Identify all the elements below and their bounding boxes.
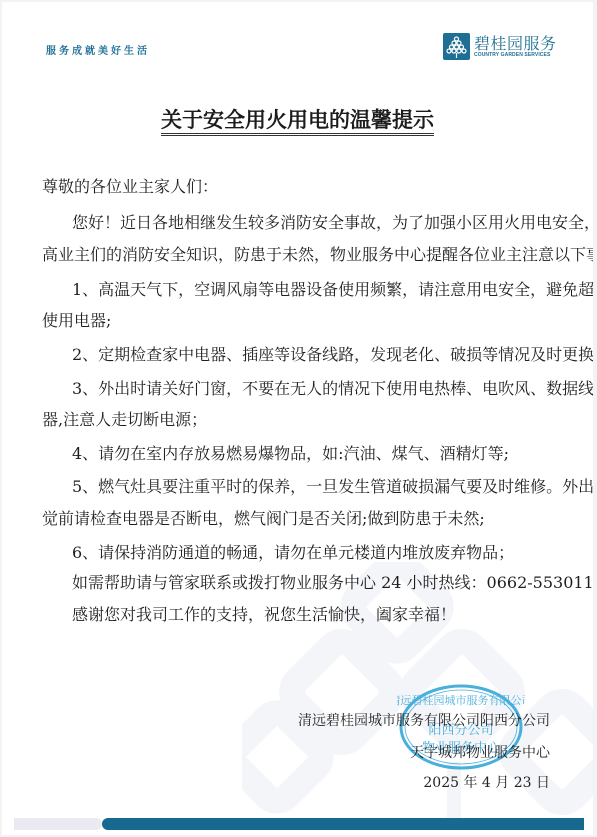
footer-bar <box>102 818 584 830</box>
document-page: 服务成就美好生活 碧桂园服务 COUNTRY GARDEN SERVICES 关… <box>2 2 593 835</box>
signature-date: 2025 年 4 月 23 日 <box>423 772 550 792</box>
tree-icon <box>443 33 470 60</box>
paragraph-line: 1、高温天气下，空调风扇等电器设备使用频繁，请注意用电安全，避免超负荷 <box>72 277 593 300</box>
document-title: 关于安全用火用电的温馨提示 <box>2 104 593 134</box>
logo-name-en: COUNTRY GARDEN SERVICES <box>474 52 557 58</box>
paragraph-line: 5、燃气灶具要注重平时的保养，一旦发生管道破损漏气要及时维修。外出或睡 <box>72 474 593 497</box>
salutation: 尊敬的各位业主家人们： <box>42 174 218 197</box>
paragraph-line: 器,注意人走切断电源； <box>42 407 207 430</box>
footer-bar-light <box>14 818 102 830</box>
hotline-line: 如需帮助请与管家联系或拨打物业服务中心 24 小时热线：0662-5530111… <box>72 570 593 593</box>
signature-center: 天宇城邦物业服务中心 <box>410 742 550 762</box>
paragraph-line: 3、外出时请关好门窗，不要在无人的情况下使用电热棒、电吹风、数据线等电 <box>72 376 593 399</box>
company-logo: 碧桂园服务 COUNTRY GARDEN SERVICES <box>443 33 557 60</box>
closing-line: 感谢您对我司工作的支持，祝您生活愉快，阖家幸福！ <box>72 602 456 625</box>
svg-text:清远碧桂园城市服务有限公司: 清远碧桂园城市服务有限公司 <box>397 693 525 707</box>
paragraph-line: 觉前请检查电器是否断电，燃气阀门是否关闭;做到防患于未然; <box>42 506 485 529</box>
paragraph-line: 2、定期检查家中电器、插座等设备线路，发现老化、破损等情况及时更换； <box>72 342 593 365</box>
paragraph-line: 您好！近日各地相继发生较多消防安全事故，为了加强小区用火用电安全，提 <box>72 210 593 233</box>
paragraph-line: 6、请保持消防通道的畅通，请勿在单元楼道内堆放废弃物品； <box>72 540 514 563</box>
paragraph-line: 高业主们的消防安全知识，防患于未然，物业服务中心提醒各位业主注意以下事项: <box>42 242 593 265</box>
paragraph-line: 使用电器; <box>42 308 111 331</box>
slogan: 服务成就美好生活 <box>46 42 150 57</box>
paragraph-line: 4、请勿在室内存放易燃易爆物品，如:汽油、煤气、酒精灯等; <box>72 441 509 464</box>
signature-company: 清远碧桂园城市服务有限公司阳西分公司 <box>298 710 550 730</box>
logo-name-cn: 碧桂园服务 <box>474 35 557 52</box>
